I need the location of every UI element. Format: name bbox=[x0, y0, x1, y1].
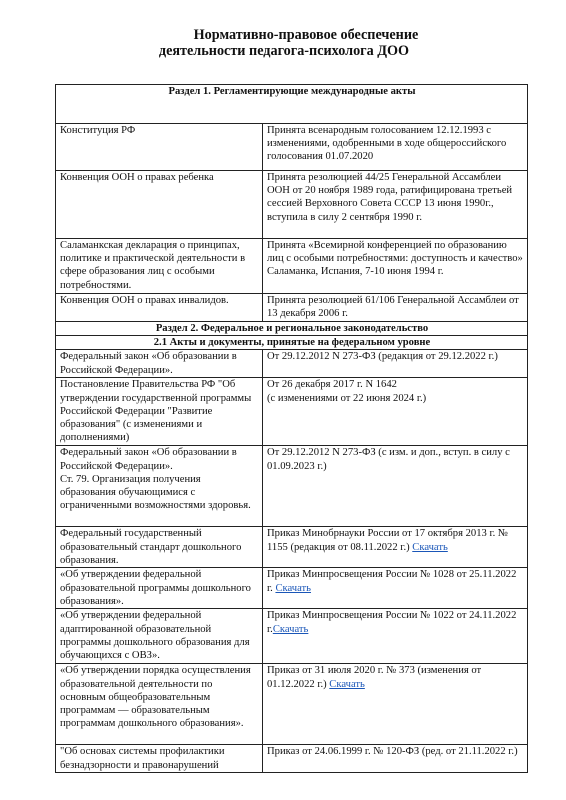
act-details: Приказ Минобрнауки России от 17 октября … bbox=[263, 527, 528, 568]
act-name: Конституция РФ bbox=[56, 124, 263, 171]
act-details: Принята резолюцией 61/106 Генеральной Ас… bbox=[263, 294, 528, 322]
table-row: Конвенция ООН о правах инвалидов. Принят… bbox=[56, 294, 528, 322]
act-name: Федеральный закон «Об образовании в Росс… bbox=[56, 350, 263, 378]
table-row: Конституция РФ Принята всенародным голос… bbox=[56, 124, 528, 171]
act-name-line2: Ст. 79. Организация получения образовани… bbox=[60, 473, 259, 513]
table-row: «Об утверждении порядка осуществления об… bbox=[56, 664, 528, 745]
document-title: Нормативно-правовое обеспечение деятельн… bbox=[0, 27, 566, 59]
section2-subheading-row: 2.1 Акты и документы, принятые на федера… bbox=[56, 336, 528, 350]
table-row: Конвенция ООН о правах ребенка Принята р… bbox=[56, 171, 528, 239]
table-row: Постановление Правительства РФ "Об утвер… bbox=[56, 378, 528, 446]
act-name: Федеральный государственный образователь… bbox=[56, 527, 263, 568]
act-name: «Об утверждении федеральной адаптированн… bbox=[56, 609, 263, 664]
table-row: Саламанкская декларация о принципах, пол… bbox=[56, 239, 528, 294]
act-name: Постановление Правительства РФ "Об утвер… bbox=[56, 378, 263, 446]
table-row: «Об утверждении федеральной адаптированн… bbox=[56, 609, 528, 664]
table-row: «Об утверждении федеральной образователь… bbox=[56, 568, 528, 609]
act-details-text: Приказ от 31 июля 2020 г. № 373 (изменен… bbox=[267, 665, 481, 689]
table-row: Федеральный государственный образователь… bbox=[56, 527, 528, 568]
act-name-line1: Федеральный закон «Об образовании в Росс… bbox=[60, 446, 259, 472]
act-details: От 29.12.2012 N 273-ФЗ (редакция от 29.1… bbox=[263, 350, 528, 378]
section2-subheading: 2.1 Акты и документы, принятые на федера… bbox=[56, 336, 528, 350]
download-link[interactable]: Скачать bbox=[329, 679, 365, 690]
act-details-line2: (с изменениями от 22 июня 2024 г.) bbox=[267, 392, 524, 405]
title-line-1: Нормативно-правовое обеспечение bbox=[0, 27, 566, 43]
act-details: Приказ Минпросвещения России № 1028 от 2… bbox=[263, 568, 528, 609]
legal-framework-table: Раздел 1. Регламентирующие международные… bbox=[55, 84, 528, 773]
act-details: Принята резолюцией 44/25 Генеральной Асс… bbox=[263, 171, 528, 239]
act-details: Приказ от 31 июля 2020 г. № 373 (изменен… bbox=[263, 664, 528, 745]
act-name: "Об основах системы профилактики безнадз… bbox=[56, 745, 263, 773]
section1-heading: Раздел 1. Регламентирующие международные… bbox=[56, 85, 528, 124]
act-details: Приказ Минпросвещения России № 1022 от 2… bbox=[263, 609, 528, 664]
act-name: Саламанкская декларация о принципах, пол… bbox=[56, 239, 263, 294]
table-row: Федеральный закон «Об образовании в Росс… bbox=[56, 446, 528, 527]
table-row: Федеральный закон «Об образовании в Росс… bbox=[56, 350, 528, 378]
section2-heading: Раздел 2. Федеральное и региональное зак… bbox=[56, 322, 528, 336]
act-name: Конвенция ООН о правах ребенка bbox=[56, 171, 263, 239]
act-details: Приказ от 24.06.1999 г. № 120-ФЗ (ред. о… bbox=[263, 745, 528, 773]
download-link[interactable]: Скачать bbox=[275, 583, 311, 594]
act-details-text: Приказ Минобрнауки России от 17 октября … bbox=[267, 528, 508, 552]
act-details: От 29.12.2012 N 273-ФЗ (с изм. и доп., в… bbox=[263, 446, 528, 527]
act-name: Федеральный закон «Об образовании в Росс… bbox=[56, 446, 263, 527]
download-link[interactable]: Скачать bbox=[273, 624, 309, 635]
act-details: Принята «Всемирной конференцией по образ… bbox=[263, 239, 528, 294]
download-link[interactable]: Скачать bbox=[412, 542, 448, 553]
act-name: «Об утверждении федеральной образователь… bbox=[56, 568, 263, 609]
act-details-line1: От 26 декабря 2017 г. N 1642 bbox=[267, 378, 524, 391]
act-details: От 26 декабря 2017 г. N 1642 (с изменени… bbox=[263, 378, 528, 446]
act-name: «Об утверждении порядка осуществления об… bbox=[56, 664, 263, 745]
act-details: Принята всенародным голосованием 12.12.1… bbox=[263, 124, 528, 171]
section1-heading-row: Раздел 1. Регламентирующие международные… bbox=[56, 85, 528, 124]
table-row: "Об основах системы профилактики безнадз… bbox=[56, 745, 528, 773]
title-line-2: деятельности педагога-психолога ДОО bbox=[0, 43, 566, 59]
act-name: Конвенция ООН о правах инвалидов. bbox=[56, 294, 263, 322]
section2-heading-row: Раздел 2. Федеральное и региональное зак… bbox=[56, 322, 528, 336]
